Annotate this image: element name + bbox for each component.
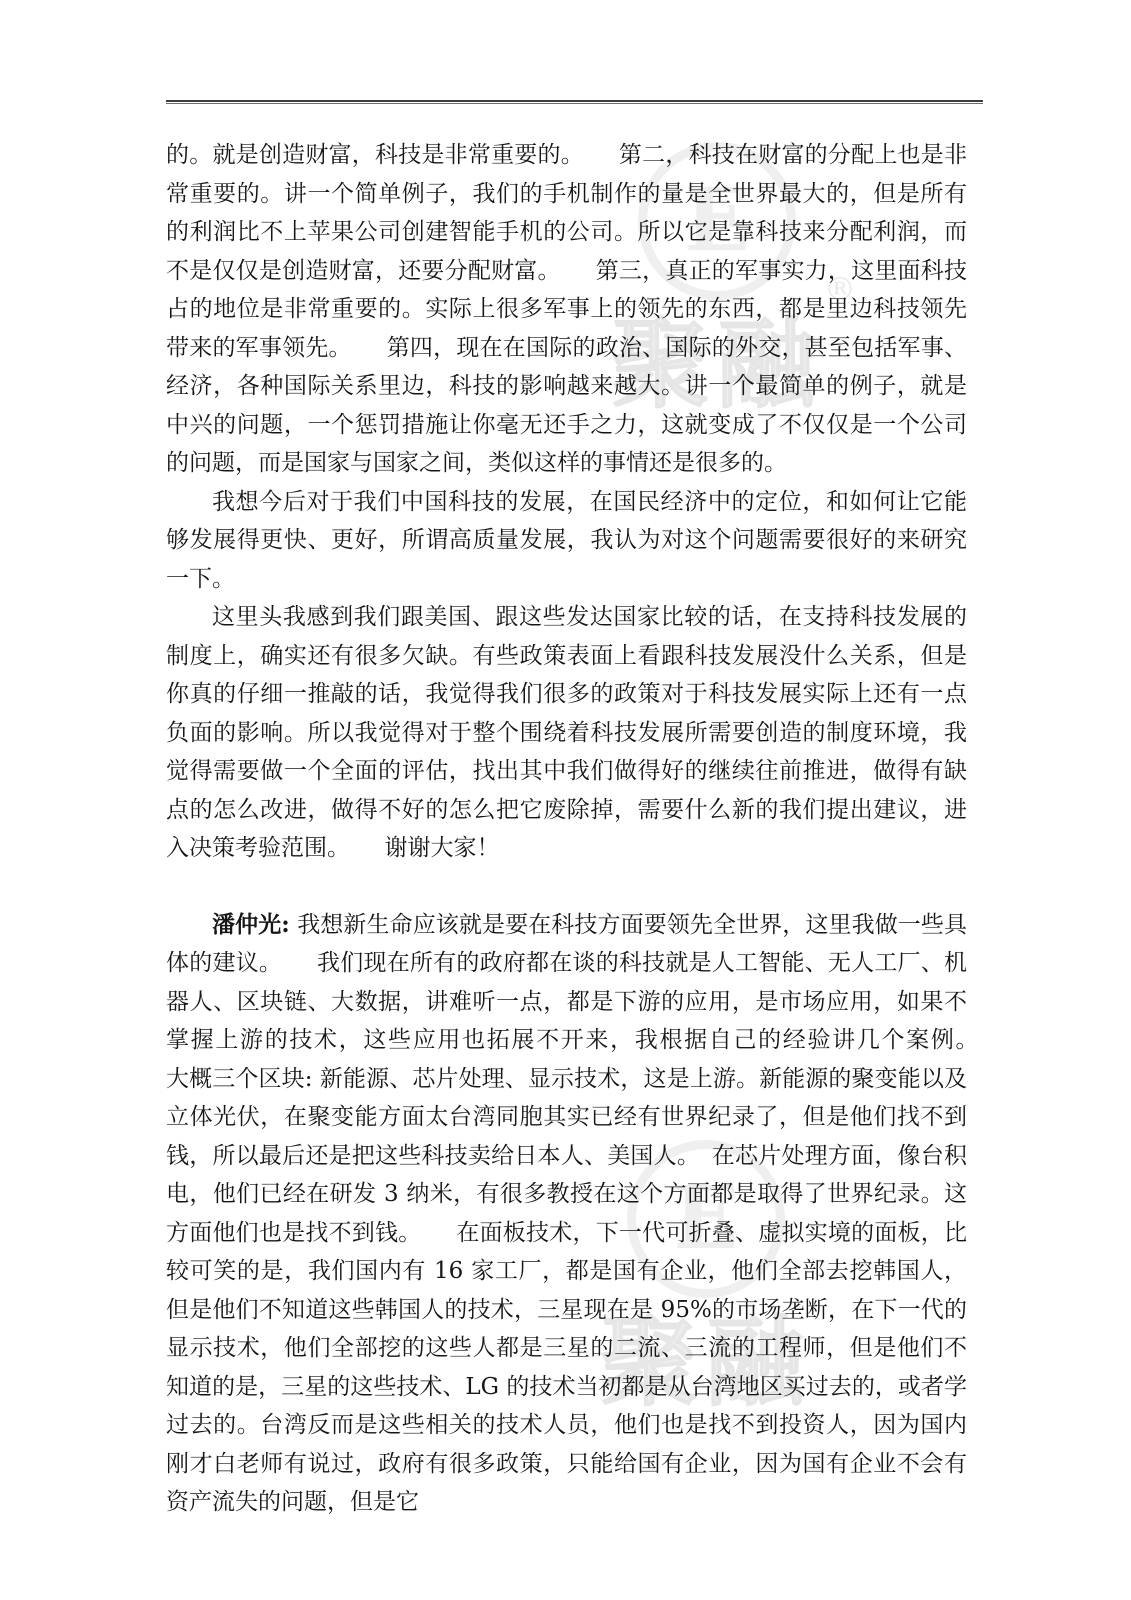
paragraph: 这里头我感到我们跟美国、跟这些发达国家比较的话，在支持科技发展的制度上，确实还有… <box>166 598 967 868</box>
paragraph: 我想今后对于我们中国科技的发展，在国民经济中的定位，和如何让它能够发展得更快、更… <box>166 483 967 599</box>
speaker-name: 潘仲光: <box>212 911 290 938</box>
document-body: 的。就是创造财富，科技是非常重要的。 第二，科技在财富的分配上也是非常重要的。讲… <box>166 136 967 1522</box>
header-rule <box>166 100 983 104</box>
paragraph: 的。就是创造财富，科技是非常重要的。 第二，科技在财富的分配上也是非常重要的。讲… <box>166 136 967 483</box>
paragraph: 潘仲光: 我想新生命应该就是要在科技方面要领先全世界，这里我做一些具体的建议。 … <box>166 906 967 1522</box>
document-page: E 聚融 ® E 聚融 的。就是创造财富，科技是非常重要的。 第二，科技在财富的… <box>0 0 1131 1600</box>
